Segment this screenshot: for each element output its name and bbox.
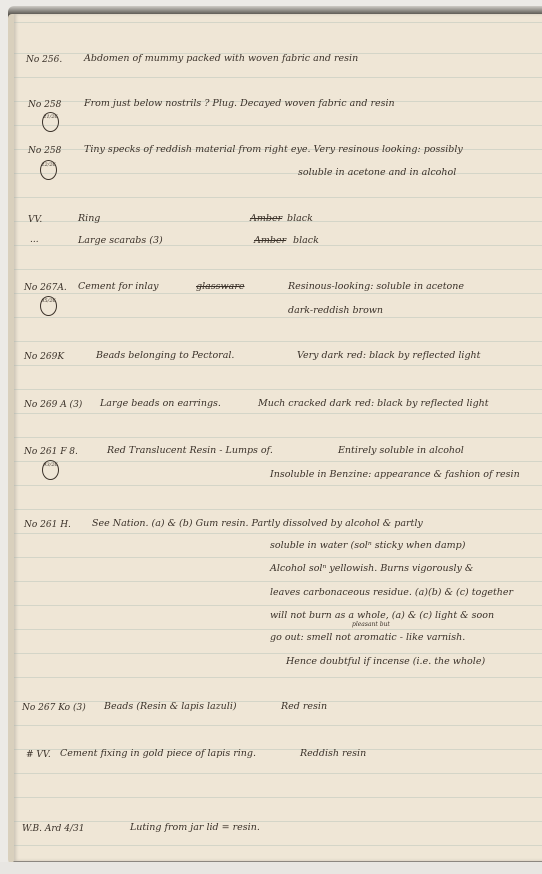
entry-number: No 258 bbox=[28, 100, 61, 110]
entry-continuation: dark-reddish brown bbox=[288, 305, 383, 316]
circled-reference: 85/26 bbox=[40, 296, 57, 316]
entry-text: Luting from jar lid = resin. bbox=[130, 822, 260, 833]
entry-result: Very dark red: black by reflected light bbox=[297, 350, 481, 361]
entry-text: Red Translucent Resin - Lumps of. bbox=[107, 445, 273, 456]
entry-number: No 256. bbox=[26, 55, 62, 65]
entry-result: black bbox=[293, 235, 319, 246]
entry-continuation: leaves carbonaceous residue. (a)(b) & (c… bbox=[270, 587, 513, 598]
entry-text: Tiny specks of reddish material from rig… bbox=[84, 144, 463, 155]
entry-number: No 261 F 8. bbox=[24, 447, 78, 457]
circled-reference: 21/26 bbox=[42, 112, 59, 132]
entry-text: From just below nostrils ? Plug. Decayed… bbox=[84, 98, 395, 109]
entry-text: Large scarabs (3) bbox=[78, 235, 163, 246]
entry-text: Abdomen of mummy packed with woven fabri… bbox=[84, 53, 358, 64]
entry-text: Large beads on earrings. bbox=[100, 398, 221, 409]
entry-text: Beads (Resin & lapis lazuli) bbox=[104, 701, 237, 712]
entry-number: No 267 Ko (3) bbox=[22, 703, 86, 713]
entry-number: W.B. Ard 4/31 bbox=[22, 824, 85, 834]
entry-number: No 267A. bbox=[24, 283, 67, 293]
notebook-page bbox=[8, 14, 542, 865]
entry-number: VV. bbox=[28, 215, 42, 225]
entry-number: No 258 bbox=[28, 146, 61, 156]
entry-result: Resinous-looking: soluble in acetone bbox=[288, 281, 464, 292]
circled-reference: 93/26 bbox=[42, 460, 59, 480]
caret-insertion: pleasant but bbox=[352, 621, 390, 628]
entry-continuation: will not burn as a whole, (a) & (c) ligh… bbox=[270, 610, 494, 621]
entry-number: ... bbox=[30, 235, 39, 245]
entry-number: No 269 A (3) bbox=[24, 400, 82, 410]
entry-continuation: Insoluble in Benzine: appearance & fashi… bbox=[270, 469, 520, 480]
entry-text: Beads belonging to Pectoral. bbox=[96, 350, 234, 361]
struck-word: glassware bbox=[196, 281, 245, 292]
entry-text: Cement fixing in gold piece of lapis rin… bbox=[60, 748, 256, 759]
ruled-lines bbox=[14, 14, 542, 861]
circled-reference: 22/26 bbox=[40, 160, 57, 180]
entry-result: Entirely soluble in alcohol bbox=[338, 445, 464, 456]
entry-number: No 261 H. bbox=[24, 520, 71, 530]
entry-text: See Nation. (a) & (b) Gum resin. Partly … bbox=[92, 518, 423, 529]
struck-word: Amber bbox=[254, 235, 286, 246]
entry-continuation: Alcohol solⁿ yellowish. Burns vigorously… bbox=[270, 563, 473, 574]
entry-continuation: go out: smell not aromatic - like varnis… bbox=[270, 632, 465, 643]
struck-word: Amber bbox=[250, 213, 282, 224]
background-strip bbox=[0, 862, 542, 874]
entry-result: black bbox=[287, 213, 313, 224]
entry-number: # VV. bbox=[26, 750, 51, 760]
entry-result: Reddish resin bbox=[300, 748, 366, 759]
entry-continuation: soluble in water (solⁿ sticky when damp) bbox=[270, 540, 465, 551]
entry-result: Red resin bbox=[281, 701, 327, 712]
entry-text: Cement for inlay bbox=[78, 281, 159, 292]
entry-text: Ring bbox=[78, 213, 100, 224]
entry-result: Much cracked dark red: black by reflecte… bbox=[258, 398, 489, 409]
entry-continuation: soluble in acetone and in alcohol bbox=[298, 167, 456, 178]
entry-continuation: Hence doubtful if incense (i.e. the whol… bbox=[286, 656, 485, 667]
entry-number: No 269K bbox=[24, 352, 64, 362]
